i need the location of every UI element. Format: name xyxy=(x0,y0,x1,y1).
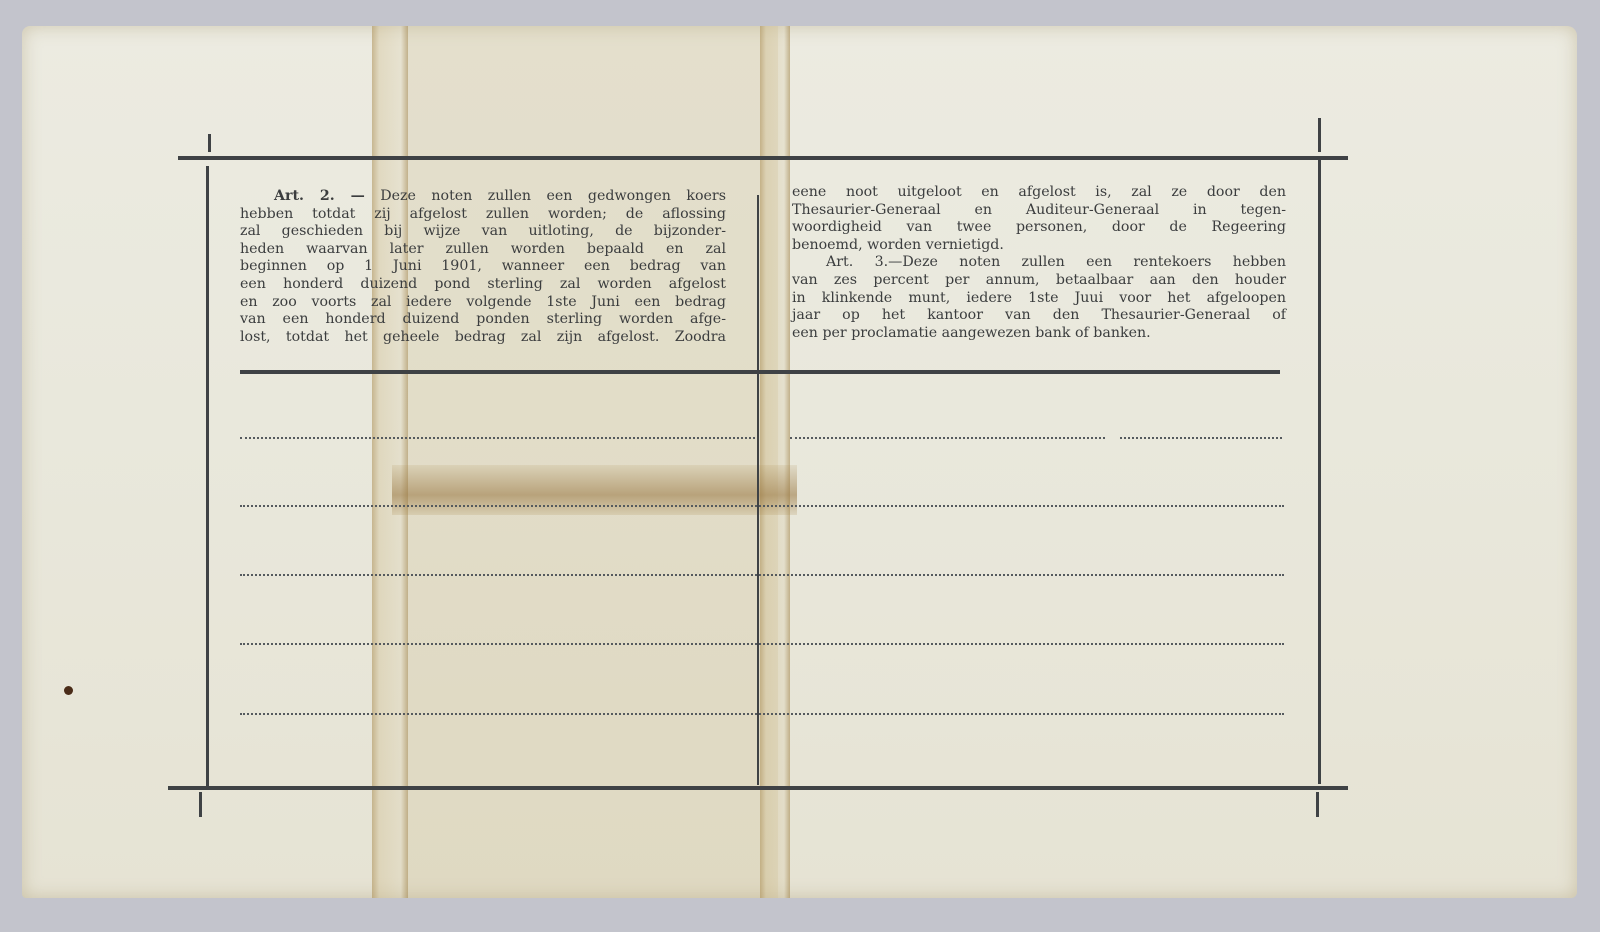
dotted-line xyxy=(240,713,1284,715)
water-stain xyxy=(392,465,797,515)
article-3-label: Art. 3.— xyxy=(826,254,902,270)
dotted-line xyxy=(240,574,1284,576)
text-line: eene noot uitgeloot en afgelost is, zal … xyxy=(792,184,1286,202)
text-line: een honderd duizend pond sterling zal wo… xyxy=(240,276,726,294)
text-line: Deze noten zullen een rentekoers hebben xyxy=(902,254,1286,270)
text-line: beginnen op 1 Juni 1901, wanneer een bed… xyxy=(240,258,726,276)
text-line: en zoo voorts zal iedere volgende 1ste J… xyxy=(240,294,726,312)
text-line: in klinkende munt, iedere 1ste Juui voor… xyxy=(792,290,1286,308)
text-line: zal geschieden bij wijze van uitloting, … xyxy=(240,223,726,241)
text-line: lost, totdat het geheele bedrag zal zijn… xyxy=(240,329,726,347)
frame-left-line xyxy=(206,166,209,786)
text-line: heden waarvan later zullen worden bepaal… xyxy=(240,241,726,259)
dotted-line xyxy=(240,643,1284,645)
text-line: hebben totdat zij afgelost zullen worden… xyxy=(240,206,726,224)
text-line: jaar op het kantoor van den Thesaurier-G… xyxy=(792,307,1286,325)
article-2-3-column: eene noot uitgeloot en afgelost is, zal … xyxy=(792,184,1286,342)
separator-line xyxy=(240,370,1280,374)
text-line: Deze noten zullen een gedwongen koers xyxy=(380,188,726,204)
frame-tick-top-right xyxy=(1318,118,1321,152)
article-2-column: Art. 2. — Deze noten zullen een gedwonge… xyxy=(240,188,726,346)
column-divider xyxy=(757,195,759,785)
text-line: benoemd, worden vernietigd. xyxy=(792,237,1286,255)
text-line: Thesaurier-Generaal en Auditeur-Generaal… xyxy=(792,202,1286,220)
text-line: van zes percent per annum, betaalbaar aa… xyxy=(792,272,1286,290)
dotted-line xyxy=(1120,437,1282,439)
text-line: een per proclamatie aangewezen bank of b… xyxy=(792,325,1286,343)
article-2-label: Art. 2. — xyxy=(274,188,365,204)
frame-top-line xyxy=(178,156,1348,160)
dotted-line xyxy=(790,437,1105,439)
ink-spot xyxy=(64,686,73,695)
dotted-line xyxy=(240,505,1284,507)
dotted-line xyxy=(240,437,755,439)
frame-tick-top-left xyxy=(208,134,211,152)
frame-tick-bottom-left xyxy=(199,792,202,817)
frame-bottom-line xyxy=(168,786,1348,790)
frame-right-line xyxy=(1318,160,1321,784)
frame-tick-bottom-right xyxy=(1316,792,1319,817)
text-line: woordigheid van twee personen, door de R… xyxy=(792,219,1286,237)
text-line: van een honderd duizend ponden sterling … xyxy=(240,311,726,329)
